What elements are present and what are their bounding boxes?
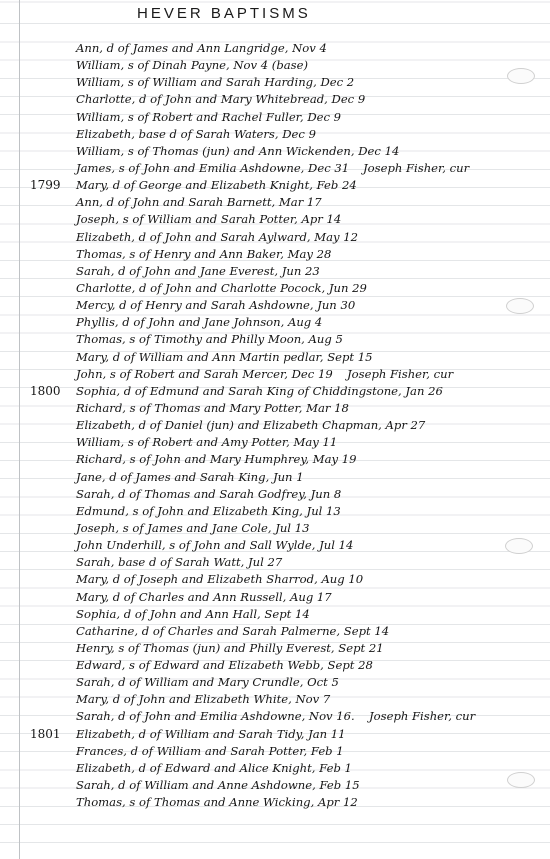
entry-text: William, s of Thomas (jun) and Ann Wicke… (76, 143, 399, 160)
baptism-entry: Joseph, s of James and Jane Cole, Jul 13 (0, 520, 550, 537)
baptism-entry: Ann, d of John and Sarah Barnett, Mar 17 (0, 194, 550, 211)
baptism-entry: Thomas, s of Henry and Ann Baker, May 28 (0, 246, 550, 263)
entry-text: William, s of William and Sarah Harding,… (76, 74, 354, 91)
entry-text: Elizabeth, d of Edward and Alice Knight,… (76, 760, 352, 777)
notebook-page: HEVER BAPTISMS Ann, d of James and Ann L… (0, 0, 550, 859)
entry-text: Catharine, d of Charles and Sarah Palmer… (76, 623, 389, 640)
entry-text: Sarah, d of John and Jane Everest, Jun 2… (76, 263, 320, 280)
baptism-entry: Sophia, d of John and Ann Hall, Sept 14 (0, 606, 550, 623)
entry-text: Sarah, d of John and Emilia Ashdowne, No… (76, 708, 355, 725)
entry-text: Richard, s of Thomas and Mary Potter, Ma… (76, 400, 349, 417)
entry-text: William, s of Robert and Amy Potter, May… (76, 434, 337, 451)
baptism-entry: Mercy, d of Henry and Sarah Ashdowne, Ju… (0, 297, 550, 314)
entry-text: Joseph, s of William and Sarah Potter, A… (76, 211, 341, 228)
entry-text: Mary, d of George and Elizabeth Knight, … (76, 177, 357, 194)
baptism-entry: Elizabeth, d of John and Sarah Aylward, … (0, 229, 550, 246)
entry-text: Thomas, s of Henry and Ann Baker, May 28 (76, 246, 331, 263)
entry-text: Elizabeth, d of John and Sarah Aylward, … (76, 229, 358, 246)
entry-text: Edward, s of Edward and Elizabeth Webb, … (76, 657, 373, 674)
baptism-entry: Jane, d of James and Sarah King, Jun 1 (0, 469, 550, 486)
entry-text: Jane, d of James and Sarah King, Jun 1 (76, 469, 304, 486)
baptism-entry: William, s of Thomas (jun) and Ann Wicke… (0, 143, 550, 160)
entry-text: Sophia, d of John and Ann Hall, Sept 14 (76, 606, 310, 623)
entry-text: Sarah, d of William and Anne Ashdowne, F… (76, 777, 360, 794)
entry-text: Frances, d of William and Sarah Potter, … (76, 743, 344, 760)
baptism-entry: Mary, d of Joseph and Elizabeth Sharrod,… (0, 571, 550, 588)
baptism-entry: Elizabeth, d of Daniel (jun) and Elizabe… (0, 417, 550, 434)
entry-text: Thomas, s of Timothy and Philly Moon, Au… (76, 331, 343, 348)
baptism-entry: William, s of Dinah Payne, Nov 4 (base) (0, 57, 550, 74)
entry-text: Mercy, d of Henry and Sarah Ashdowne, Ju… (76, 297, 355, 314)
entry-text: Mary, d of William and Ann Martin pedlar… (76, 349, 373, 366)
baptism-entry: Mary, d of John and Elizabeth White, Nov… (0, 691, 550, 708)
entry-text: Ann, d of John and Sarah Barnett, Mar 17 (76, 194, 322, 211)
entry-text: Edmund, s of John and Elizabeth King, Ju… (76, 503, 341, 520)
baptism-entry: James, s of John and Emilia Ashdowne, De… (0, 160, 550, 177)
entry-text: Sarah, base d of Sarah Watt, Jul 27 (76, 554, 282, 571)
curate-signature: Joseph Fisher, cur (369, 708, 475, 725)
baptism-entry: Edmund, s of John and Elizabeth King, Ju… (0, 503, 550, 520)
baptism-entry: Frances, d of William and Sarah Potter, … (0, 743, 550, 760)
entry-text: John, s of Robert and Sarah Mercer, Dec … (76, 366, 333, 383)
entry-text: Joseph, s of James and Jane Cole, Jul 13 (76, 520, 309, 537)
baptism-entry: Ann, d of James and Ann Langridge, Nov 4 (0, 40, 550, 57)
entry-text: Elizabeth, d of Daniel (jun) and Elizabe… (76, 417, 425, 434)
baptism-entry: 1800Sophia, d of Edmund and Sarah King o… (0, 383, 550, 400)
baptism-entry: Richard, s of John and Mary Humphrey, Ma… (0, 451, 550, 468)
baptism-entry: Joseph, s of William and Sarah Potter, A… (0, 211, 550, 228)
entry-text: Phyllis, d of John and Jane Johnson, Aug… (76, 314, 322, 331)
entry-text: Mary, d of Charles and Ann Russell, Aug … (76, 589, 332, 606)
page-title: HEVER BAPTISMS (137, 5, 311, 22)
baptism-entry: Elizabeth, base d of Sarah Waters, Dec 9 (0, 126, 550, 143)
baptism-entry: 1799Mary, d of George and Elizabeth Knig… (0, 177, 550, 194)
entry-text: James, s of John and Emilia Ashdowne, De… (76, 160, 349, 177)
baptism-entry: Charlotte, d of John and Mary Whitebread… (0, 91, 550, 108)
baptism-entry: William, s of Robert and Amy Potter, May… (0, 434, 550, 451)
entry-text: Richard, s of John and Mary Humphrey, Ma… (76, 451, 357, 468)
entry-text: Elizabeth, d of William and Sarah Tidy, … (76, 726, 346, 743)
curate-signature: Joseph Fisher, cur (347, 366, 453, 383)
baptism-entry: John, s of Robert and Sarah Mercer, Dec … (0, 366, 550, 383)
baptism-entry: Sarah, d of Thomas and Sarah Godfrey, Ju… (0, 486, 550, 503)
baptism-entry: Mary, d of William and Ann Martin pedlar… (0, 349, 550, 366)
baptism-entry: Elizabeth, d of Edward and Alice Knight,… (0, 760, 550, 777)
baptism-entry: Edward, s of Edward and Elizabeth Webb, … (0, 657, 550, 674)
baptism-entry: Sarah, d of John and Jane Everest, Jun 2… (0, 263, 550, 280)
entry-text: Sophia, d of Edmund and Sarah King of Ch… (76, 383, 443, 400)
baptism-entry: Thomas, s of Timothy and Philly Moon, Au… (0, 331, 550, 348)
year-marker: 1801 (30, 726, 61, 743)
baptism-entry: Phyllis, d of John and Jane Johnson, Aug… (0, 314, 550, 331)
baptism-entry: Sarah, d of William and Anne Ashdowne, F… (0, 777, 550, 794)
entry-text: Mary, d of Joseph and Elizabeth Sharrod,… (76, 571, 363, 588)
baptism-entry: Sarah, d of John and Emilia Ashdowne, No… (0, 708, 550, 725)
entry-text: Ann, d of James and Ann Langridge, Nov 4 (76, 40, 327, 57)
baptism-entries-list: Ann, d of James and Ann Langridge, Nov 4… (0, 40, 550, 811)
year-marker: 1799 (30, 177, 61, 194)
baptism-entry: Sarah, d of William and Mary Crundle, Oc… (0, 674, 550, 691)
entry-text: Sarah, d of Thomas and Sarah Godfrey, Ju… (76, 486, 341, 503)
curate-signature: Joseph Fisher, cur (363, 160, 469, 177)
year-marker: 1800 (30, 383, 61, 400)
entry-text: Charlotte, d of John and Charlotte Pococ… (76, 280, 367, 297)
entry-text: Henry, s of Thomas (jun) and Philly Ever… (76, 640, 384, 657)
entry-text: Elizabeth, base d of Sarah Waters, Dec 9 (76, 126, 316, 143)
baptism-entry: John Underhill, s of John and Sall Wylde… (0, 537, 550, 554)
baptism-entry: William, s of William and Sarah Harding,… (0, 74, 550, 91)
baptism-entry: Charlotte, d of John and Charlotte Pococ… (0, 280, 550, 297)
baptism-entry: Sarah, base d of Sarah Watt, Jul 27 (0, 554, 550, 571)
baptism-entry: Richard, s of Thomas and Mary Potter, Ma… (0, 400, 550, 417)
entry-text: John Underhill, s of John and Sall Wylde… (76, 537, 353, 554)
entry-text: Mary, d of John and Elizabeth White, Nov… (76, 691, 330, 708)
entry-text: Thomas, s of Thomas and Anne Wicking, Ap… (76, 794, 358, 811)
baptism-entry: Mary, d of Charles and Ann Russell, Aug … (0, 589, 550, 606)
baptism-entry: Thomas, s of Thomas and Anne Wicking, Ap… (0, 794, 550, 811)
baptism-entry: Henry, s of Thomas (jun) and Philly Ever… (0, 640, 550, 657)
entry-text: Charlotte, d of John and Mary Whitebread… (76, 91, 365, 108)
entry-text: William, s of Robert and Rachel Fuller, … (76, 109, 341, 126)
baptism-entry: 1801Elizabeth, d of William and Sarah Ti… (0, 726, 550, 743)
baptism-entry: William, s of Robert and Rachel Fuller, … (0, 109, 550, 126)
entry-text: William, s of Dinah Payne, Nov 4 (base) (76, 57, 308, 74)
baptism-entry: Catharine, d of Charles and Sarah Palmer… (0, 623, 550, 640)
entry-text: Sarah, d of William and Mary Crundle, Oc… (76, 674, 339, 691)
